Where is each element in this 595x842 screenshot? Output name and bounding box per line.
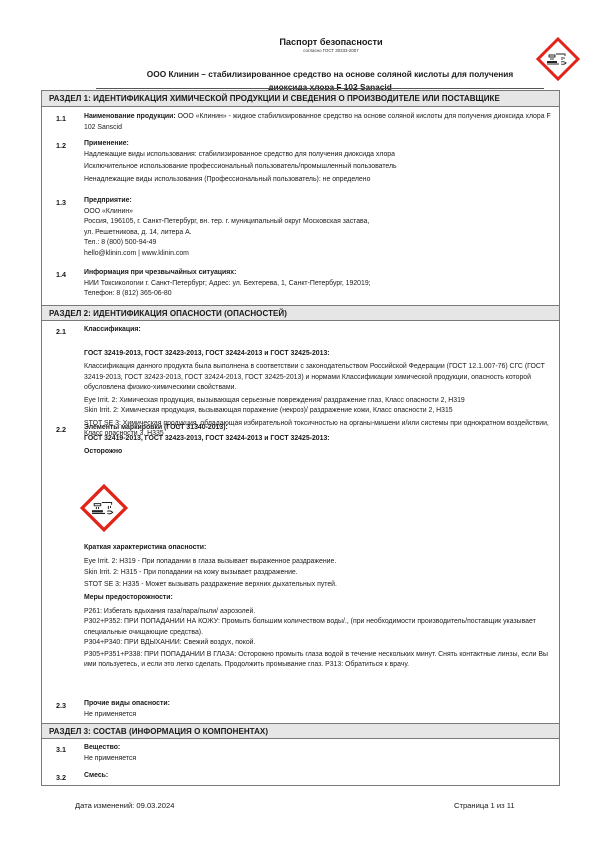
item-number: 3.1 [56,745,66,754]
item-line: Исключительное использование профессиона… [84,162,554,173]
item-line: Надлежащие виды использования: стабилизи… [84,150,554,161]
item-number: 1.2 [56,141,66,150]
corrosion-pictogram-icon [536,37,580,81]
item-label: Информация при чрезвычайных ситуациях: [84,268,554,279]
item-number: 2.2 [56,425,66,434]
item-label: Наименование продукции: [84,113,176,120]
hazard-statement: STOT SE 3: H335 - Может вызывать раздраж… [84,580,554,591]
item-label: Применение: [84,139,554,150]
item-number: 1.3 [56,198,66,207]
item-number: 3.2 [56,773,66,782]
corrosion-pictogram-icon [80,484,128,532]
hazard-statement: Eye Irrit. 2: H319 - При попадании в гла… [84,557,554,568]
hazard-class: Skin Irrit. 2: Химическая продукция, выз… [84,406,554,417]
item-label: Предприятие: [84,196,554,207]
section-2-header: РАЗДЕЛ 2: ИДЕНТИФИКАЦИЯ ОПАСНОСТИ (ОПАСН… [42,305,559,321]
item-1-2-application: Применение: Надлежащие виды использовани… [84,139,554,185]
gost-standards: ГОСТ 32419-2013, ГОСТ 32423-2013, ГОСТ 3… [84,349,554,360]
page-number: Страница 1 из 11 [454,801,515,810]
precaution-statement: P302+P352: ПРИ ПОПАДАНИИ НА КОЖУ: Промыт… [84,617,554,638]
item-line: Тел.: 8 (800) 500-94-49 [84,238,554,249]
item-number: 1.1 [56,114,66,123]
precaution-statement: P305+P351+P338: ПРИ ПОПАДАНИИ В ГЛАЗА: О… [84,650,554,671]
document-title: Паспорт безопасности [0,37,595,47]
item-3-2-mixture: Смесь: [84,771,554,782]
item-line: Россия, 196105, г. Санкт-Петербург, вн. … [84,217,554,228]
item-1-1-product-name: Наименование продукции: ООО «Клинин» - ж… [84,112,554,133]
item-2-2-hazards: Краткая характеристика опасности: Eye Ir… [84,543,554,671]
document-subtitle: согласно ГОСТ 30333-2007 [0,48,595,53]
item-3-1-substance: Вещество: Не применяется [84,743,554,764]
item-label: Смесь: [84,771,554,782]
sds-content-frame: РАЗДЕЛ 1: ИДЕНТИФИКАЦИЯ ХИМИЧЕСКОЙ ПРОДУ… [41,90,560,786]
precaution-statement: P261: Избегать вдыхания газа/пара/пыли/ … [84,607,554,618]
precautions-title: Меры предосторожности: [84,593,554,604]
section-1-header: РАЗДЕЛ 1: ИДЕНТИФИКАЦИЯ ХИМИЧЕСКОЙ ПРОДУ… [42,91,559,107]
item-line: Телефон: 8 (812) 365-06-80 [84,289,554,300]
item-line: ООО «Клинин» [84,207,554,218]
item-1-3-enterprise: Предприятие: ООО «Клинин» Россия, 196105… [84,196,554,259]
signal-word: Осторожно [84,447,554,458]
item-line: ул. Решетникова, д. 14, литера А. [84,228,554,239]
item-text: Не применяется [84,754,554,765]
hazard-statement: Skin Irrit. 2: H315 - При попадании на к… [84,568,554,579]
product-heading-line1: ООО Клинин – стабилизированное средство … [120,68,540,81]
header-divider [96,88,544,89]
hazard-summary-title: Краткая характеристика опасности: [84,543,554,554]
precaution-statement: P304+P340: ПРИ ВДЫХАНИИ: Свежий воздух, … [84,638,554,649]
item-number: 2.1 [56,327,66,336]
gost-standards: ГОСТ 32419-2013, ГОСТ 32423-2013, ГОСТ 3… [84,434,554,445]
classification-intro: Классификация данного продукта была выпо… [84,362,554,394]
item-text: Не применяется [84,710,554,721]
hazard-class: Eye Irrit. 2: Химическая продукция, вызы… [84,396,554,407]
revision-date: Дата изменений: 09.03.2024 [75,801,174,810]
item-label: Классификация: [84,325,554,336]
item-2-2-label-elements: Элементы маркировки (ГОСТ 31340-2013): Г… [84,423,554,458]
section-3-header: РАЗДЕЛ 3: СОСТАВ (ИНФОРМАЦИЯ О КОМПОНЕНТ… [42,723,559,739]
item-number: 1.4 [56,270,66,279]
item-label: Вещество: [84,743,554,754]
item-line: Ненадлежащие виды использования (Професс… [84,175,554,186]
item-number: 2.3 [56,701,66,710]
contact-links[interactable]: hello@klinin.com | www.klinin.com [84,249,554,260]
item-1-4-emergency-info: Информация при чрезвычайных ситуациях: Н… [84,268,554,300]
item-label: Элементы маркировки (ГОСТ 31340-2013): [84,423,554,434]
item-line: НИИ Токсикологии г. Санкт-Петербург; Адр… [84,279,554,290]
item-label: Прочие виды опасности: [84,699,554,710]
item-2-3-other-hazards: Прочие виды опасности: Не применяется [84,699,554,720]
